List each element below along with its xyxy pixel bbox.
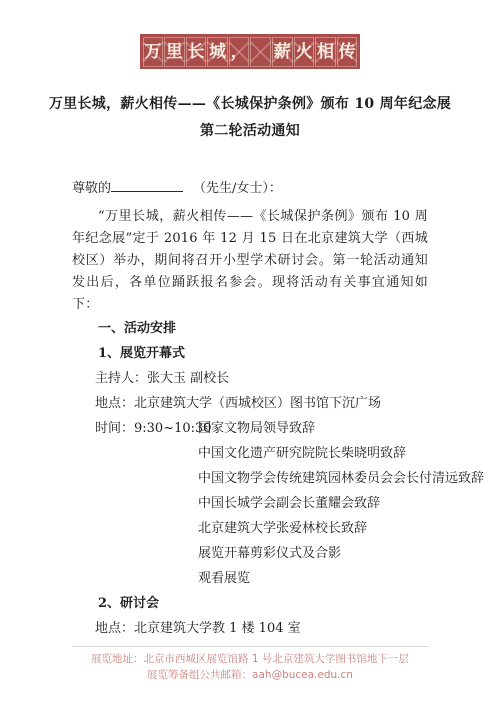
agenda-item: 中国长城学会副会长董耀会致辞 bbox=[72, 491, 428, 516]
footer-address: 展览地址：北京市西城区展览馆路 1 号北京建筑大学图书馆地下一层 bbox=[0, 651, 500, 667]
time-label: 时间：9:30~10:30 bbox=[95, 416, 198, 441]
location-line-seminar: 地点：北京建筑大学教 1 楼 104 室 bbox=[72, 616, 428, 641]
calligraphy-cell: ， bbox=[229, 37, 250, 67]
agenda-item: 中国文物学会传统建筑园林委员会会长付清远致辞 bbox=[72, 466, 428, 491]
calligraphy-cell: 火 bbox=[294, 37, 315, 67]
calligraphy-cell: 相 bbox=[315, 37, 336, 67]
intro-paragraph: “万里长城，薪火相传——《长城保护条例》颁布 10 周年纪念展”定于 2016 … bbox=[72, 206, 428, 316]
salutation-suffix: （先生/女士）： bbox=[193, 181, 282, 196]
salutation-prefix: 尊敬的 bbox=[72, 181, 111, 196]
calligraphy-cell: 薪 bbox=[272, 37, 293, 67]
subsection-heading-seminar: 2、研讨会 bbox=[72, 591, 428, 616]
section-heading-activities: 一、活动安排 bbox=[72, 316, 428, 341]
agenda-item: 北京建筑大学张爱林校长致辞 bbox=[72, 516, 428, 541]
page-footer: 展览地址：北京市西城区展览馆路 1 号北京建筑大学图书馆地下一层 展览筹备组公共… bbox=[0, 651, 500, 683]
calligraphy-cell-empty bbox=[250, 37, 271, 67]
document-page: 万 里 长 城 ， 薪 火 相 传 万里长城，薪火相传——《长城保护条例》颁布 … bbox=[0, 0, 500, 707]
calligraphy-banner: 万 里 长 城 ， 薪 火 相 传 bbox=[141, 35, 359, 68]
title-line-2: 第二轮活动通知 bbox=[0, 118, 500, 145]
document-body: 尊敬的（先生/女士）： “万里长城，薪火相传——《长城保护条例》颁布 10 周年… bbox=[0, 178, 500, 641]
salutation-line: 尊敬的（先生/女士）： bbox=[72, 178, 428, 200]
document-title: 万里长城，薪火相传——《长城保护条例》颁布 10 周年纪念展 第二轮活动通知 bbox=[0, 91, 500, 145]
calligraphy-cell: 长 bbox=[186, 37, 207, 67]
footer-divider bbox=[72, 646, 428, 647]
agenda-item: 中国文化遗产研究院院长柴晓明致辞 bbox=[72, 441, 428, 466]
calligraphy-cell: 里 bbox=[164, 37, 185, 67]
agenda-item: 国家文物局领导致辞 bbox=[198, 421, 315, 436]
calligraphy-cell: 万 bbox=[143, 37, 164, 67]
calligraphy-cell: 传 bbox=[337, 37, 358, 67]
footer-email: 展览筹备组公共邮箱：aah@bucea.edu.cn bbox=[0, 667, 500, 683]
title-line-1: 万里长城，薪火相传——《长城保护条例》颁布 10 周年纪念展 bbox=[0, 91, 500, 118]
name-blank-underline bbox=[111, 179, 183, 192]
agenda-item: 展览开幕剪彩仪式及合影 bbox=[72, 541, 428, 566]
agenda-item: 观看展览 bbox=[72, 566, 428, 591]
time-agenda-line: 时间：9:30~10:30国家文物局领导致辞 bbox=[72, 416, 428, 441]
calligraphy-cell: 城 bbox=[207, 37, 228, 67]
host-line: 主持人：张大玉 副校长 bbox=[72, 366, 428, 391]
location-line-opening: 地点：北京建筑大学（西城校区）图书馆下沉广场 bbox=[72, 391, 428, 416]
subsection-heading-opening-ceremony: 1、展览开幕式 bbox=[72, 341, 428, 366]
